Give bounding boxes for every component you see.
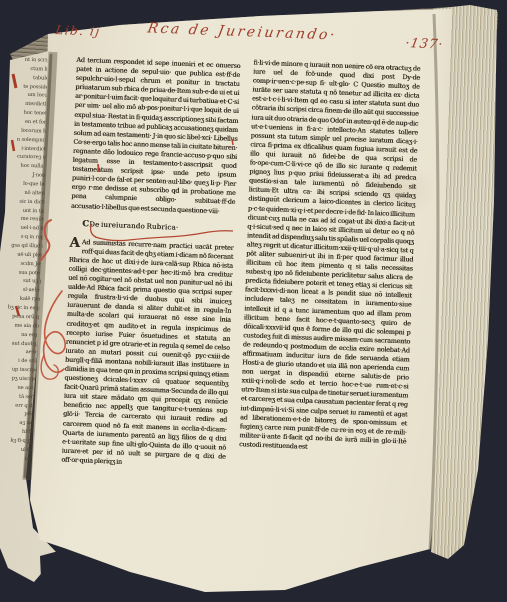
text-columns: Ad tercium respondet id sepe inueniri et…: [39, 55, 446, 478]
header-book-label: Lib. ij: [54, 23, 102, 39]
text-block-2-body: Ad summistas recurre·nam practici uacāt …: [61, 238, 233, 466]
printed-content: Lib. ij Rca de Jureiurando· ·137· Ad ter…: [39, 16, 448, 478]
rubric-line: CDe iureiurando Rubrica·: [70, 217, 234, 235]
drop-cap-initial: A: [69, 237, 80, 248]
book-photo: nt in scriptura ctum liquon tabule iuet …: [0, 0, 507, 602]
rubric-text: De iureiurando Rubrica·: [89, 220, 178, 231]
text-column-right: fi·li·vi·de minore q iurauit non uenire …: [238, 58, 420, 477]
text-block-1: Ad tercium respondet id sepe inueniri et…: [71, 56, 241, 217]
text-block-2: AAd summistas recurre·nam practici uacāt…: [61, 237, 233, 470]
text-column-left: Ad tercium respondet id sepe inueniri et…: [61, 56, 240, 471]
header-folio-number: ·137·: [404, 36, 445, 52]
